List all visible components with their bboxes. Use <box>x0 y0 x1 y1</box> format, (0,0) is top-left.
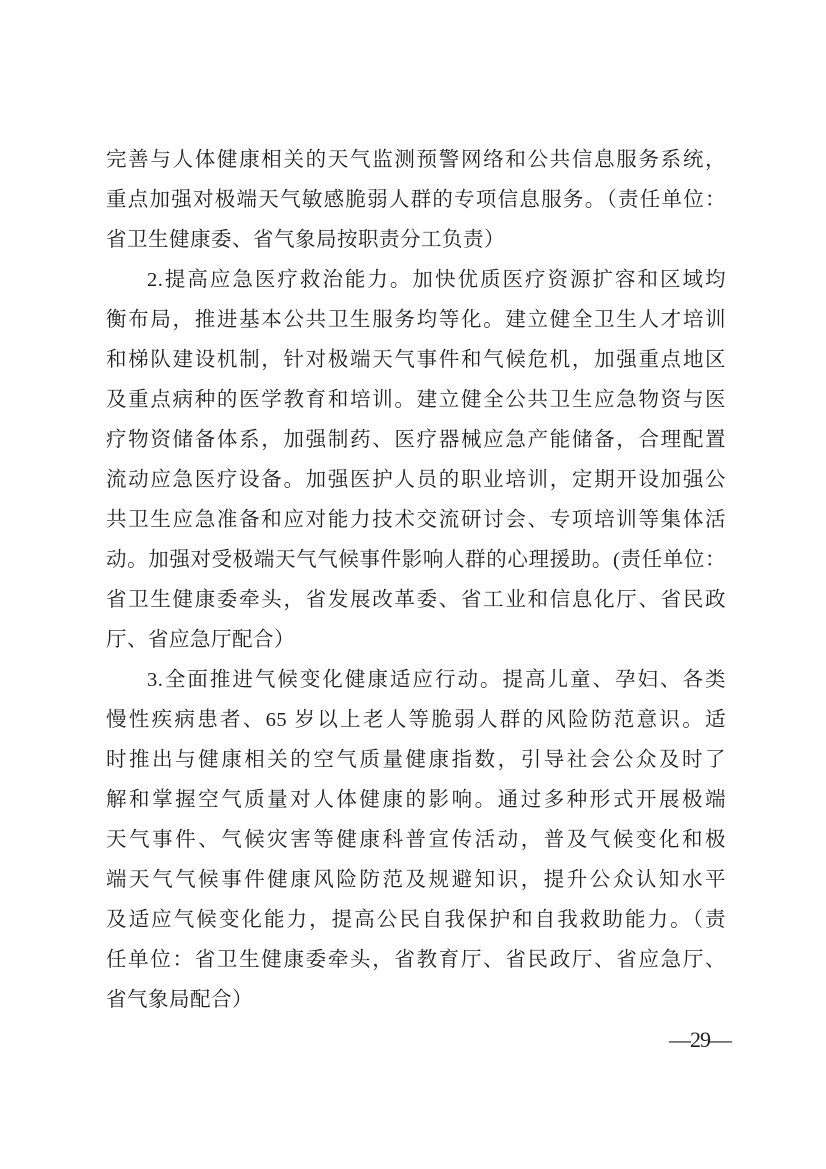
text-line: 天气事件、气候灾害等健康科普宣传活动，普及气候变化和极 <box>106 820 726 860</box>
text-line: 端天气气候事件健康风险防范及规避知识，提升公众认知水平 <box>106 860 726 900</box>
document-body: 完善与人体健康相关的天气监测预警网络和公共信息服务系统，重点加强对极端天气敏感脆… <box>106 140 726 1020</box>
text-line: 及适应气候变化能力，提高公民自我保护和自我救助能力。（责 <box>106 900 726 940</box>
text-line: 及重点病种的医学教育和培训。建立健全公共卫生应急物资与医 <box>106 380 726 420</box>
text-line: 2.提高应急医疗救治能力。加快优质医疗资源扩容和区域均 <box>106 260 726 300</box>
text-line: 解和掌握空气质量对人体健康的影响。通过多种形式开展极端 <box>106 780 726 820</box>
text-line: 重点加强对极端天气敏感脆弱人群的专项信息服务。（责任单位： <box>106 180 726 220</box>
document-page: 完善与人体健康相关的天气监测预警网络和公共信息服务系统，重点加强对极端天气敏感脆… <box>0 0 826 1169</box>
text-line: 和梯队建设机制，针对极端天气事件和气候危机，加强重点地区 <box>106 340 726 380</box>
text-line: 时推出与健康相关的空气质量健康指数，引导社会公众及时了 <box>106 740 726 780</box>
text-line: 疗物资储备体系，加强制药、医疗器械应急产能储备，合理配置 <box>106 420 726 460</box>
text-line: 省卫生健康委、省气象局按职责分工负责） <box>106 220 726 260</box>
paragraph-1: 完善与人体健康相关的天气监测预警网络和公共信息服务系统，重点加强对极端天气敏感脆… <box>106 140 726 260</box>
paragraph-2: 2.提高应急医疗救治能力。加快优质医疗资源扩容和区域均衡布局，推进基本公共卫生服… <box>106 260 726 660</box>
text-line: 省气象局配合） <box>106 980 726 1020</box>
text-line: 省卫生健康委牵头，省发展改革委、省工业和信息化厅、省民政 <box>106 580 726 620</box>
text-line: 厅、省应急厅配合） <box>106 620 726 660</box>
text-line: 3.全面推进气候变化健康适应行动。提高儿童、孕妇、各类 <box>106 660 726 700</box>
text-line: 衡布局，推进基本公共卫生服务均等化。建立健全卫生人才培训 <box>106 300 726 340</box>
text-line: 流动应急医疗设备。加强医护人员的职业培训，定期开设加强公 <box>106 460 726 500</box>
text-line: 慢性疾病患者、65 岁以上老人等脆弱人群的风险防范意识。适 <box>106 700 726 740</box>
text-line: 动。加强对受极端天气气候事件影响人群的心理援助。(责任单位： <box>106 540 726 580</box>
paragraph-3: 3.全面推进气候变化健康适应行动。提高儿童、孕妇、各类慢性疾病患者、65 岁以上… <box>106 660 726 1020</box>
text-line: 任单位：省卫生健康委牵头，省教育厅、省民政厅、省应急厅、 <box>106 940 726 980</box>
text-line: 共卫生应急准备和应对能力技术交流研讨会、专项培训等集体活 <box>106 500 726 540</box>
text-line: 完善与人体健康相关的天气监测预警网络和公共信息服务系统， <box>106 140 726 180</box>
page-number: —29— <box>655 1026 745 1054</box>
